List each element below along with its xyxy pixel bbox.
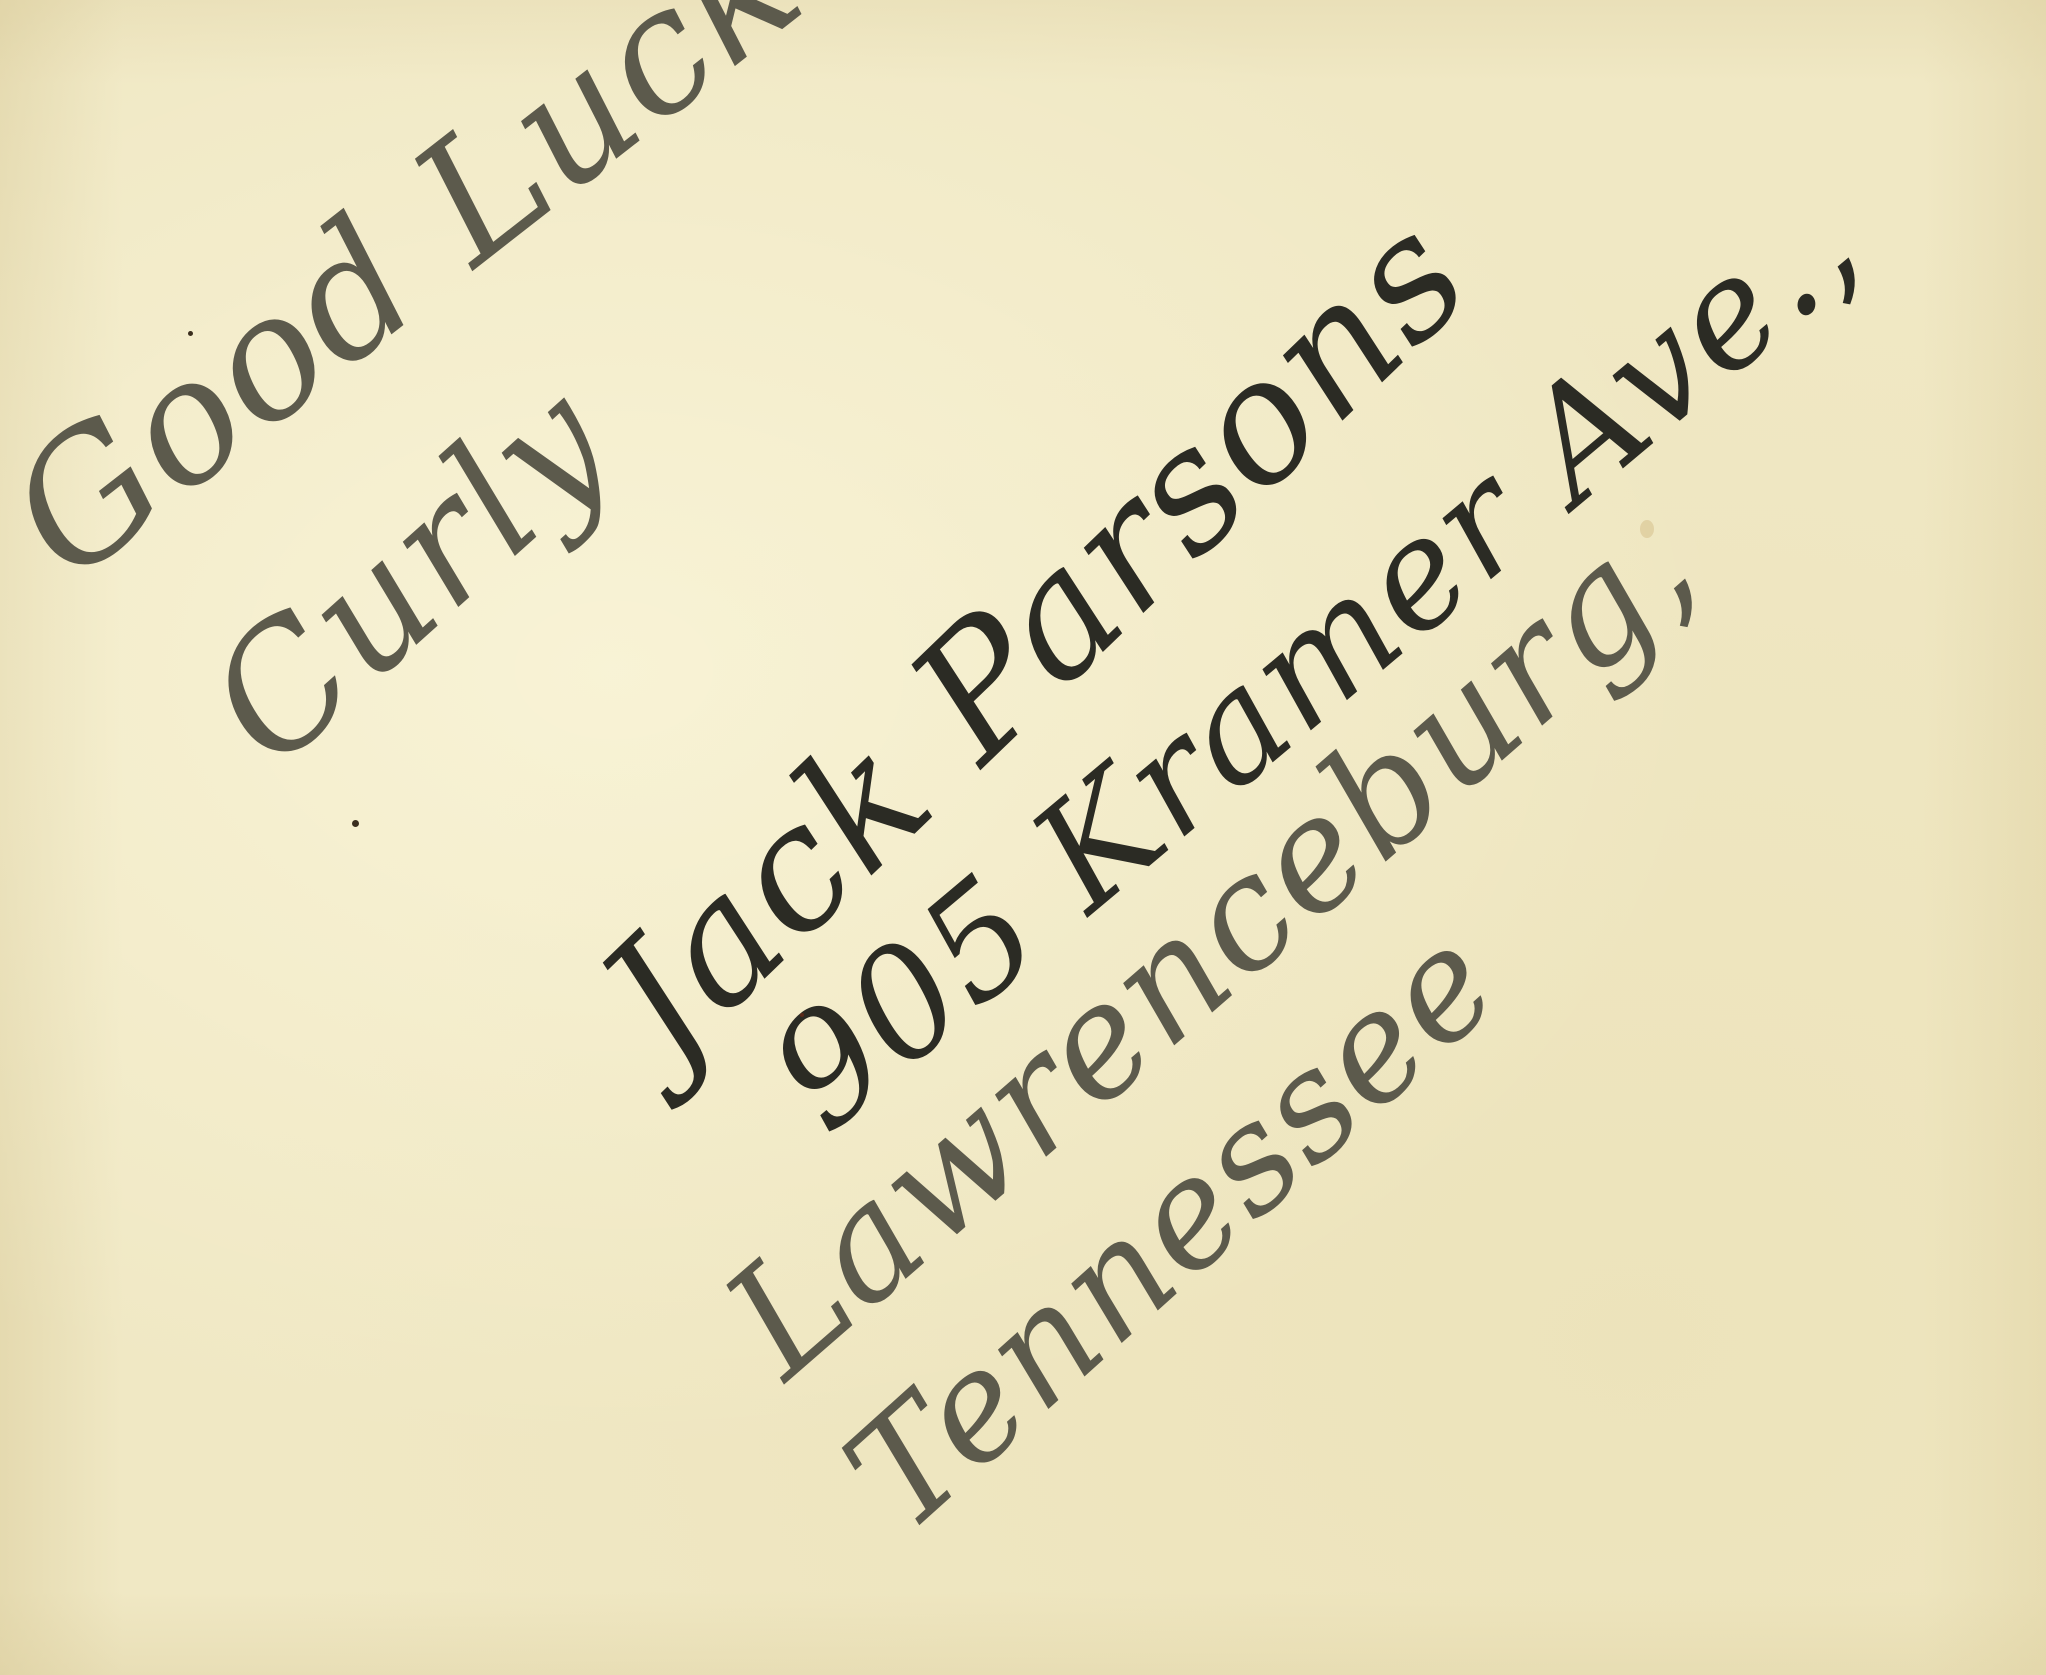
ink-speck [352, 820, 359, 827]
ink-speck [800, 1013, 804, 1017]
paper-stain [1640, 520, 1654, 538]
ink-speck [188, 331, 193, 336]
paper-page: Good Luck Curly Jack Parsons 905 Kramer … [0, 0, 2046, 1675]
